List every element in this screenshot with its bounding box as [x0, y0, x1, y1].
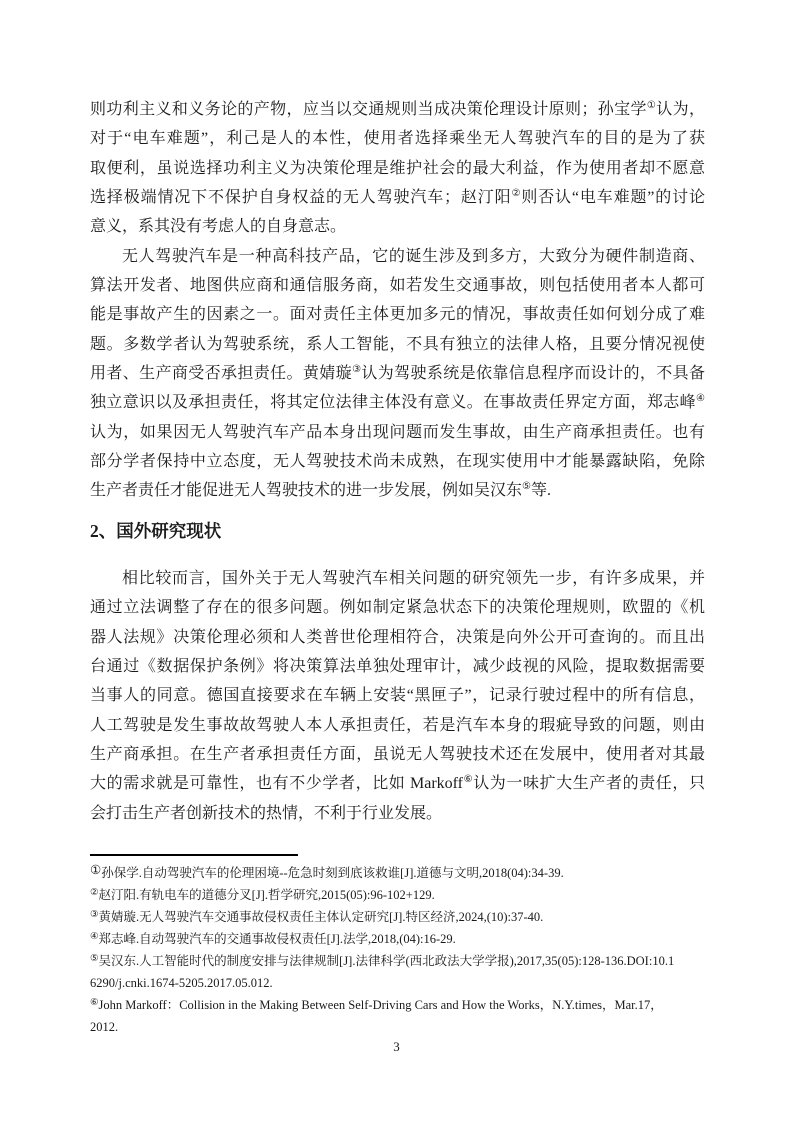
- footnote-ref: ④: [696, 393, 705, 404]
- footnotes-section: ①孙保学.自动驾驶汽车的伦理困境--危急时刻到底该救谁[J].道德与文明,201…: [90, 862, 705, 1038]
- text-line: 算法开发者、地图供应商和通信服务商，如若发生交通事故，则包括使用者本人都可: [90, 271, 705, 300]
- footnote-line: ⑤吴汉东.人工智能时代的制度安排与法律规制[J].法律科学(西北政法大学学报),…: [90, 950, 705, 972]
- footnote-ref: ⑥: [463, 774, 473, 785]
- page-number: 3: [0, 1036, 793, 1058]
- footnote-line: ③黄婧璇.无人驾驶汽车交通事故侵权责任主体认定研究[J].特区经济,2024,(…: [90, 906, 705, 928]
- text-line: 台通过《数据保护条例》将决策算法单独处理审计，减少歧视的风险，提取数据需要: [90, 652, 705, 681]
- footnote-ref: ②: [512, 188, 522, 199]
- text-line: 认为，如果因无人驾驶汽车产品本身出现问题而发生事故，由生产商承担责任。也有: [90, 418, 705, 447]
- footnote-marker: ⑤: [90, 954, 99, 964]
- text-line: 对于“电车难题”，利己是人的本性，使用者选择乘坐无人驾驶汽车的目的是为了获: [90, 124, 705, 153]
- text-line: 当事人的同意。德国直接要求在车辆上安装“黑匣子”，记录行驶过程中的所有信息，: [90, 681, 705, 710]
- footnote-separator: [90, 854, 298, 856]
- footnote: ⑤吴汉东.人工智能时代的制度安排与法律规制[J].法律科学(西北政法大学学报),…: [90, 950, 705, 994]
- footnote-marker: ①: [90, 863, 101, 877]
- document-page: 则功利主义和义务论的产物，应当以交通规则当成决策伦理设计原则；孙宝学①认为，对于…: [0, 0, 793, 1122]
- text-line: 题。多数学者认为驾驶系统，系人工智能，不具有独立的法律人格，且要分情况视使: [90, 330, 705, 359]
- footnote-marker: ④: [90, 932, 99, 942]
- text-line: 大的需求就是可靠性，也有不少学者，比如 Markoff⑥认为一味扩大生产者的责任…: [90, 769, 705, 798]
- footnote-marker: ②: [90, 888, 99, 898]
- footnote-line: 2012.: [90, 1016, 705, 1038]
- text-line: 取便利，虽说选择功利主义为决策伦理是维护社会的最大利益，作为使用者却不愿意: [90, 154, 705, 183]
- text-line: 选择极端情况下不保护自身权益的无人驾驶汽车；赵汀阳②则否认“电车难题”的讨论: [90, 183, 705, 212]
- text-line: 则功利主义和义务论的产物，应当以交通规则当成决策伦理设计原则；孙宝学①认为，: [90, 95, 705, 124]
- text-line: 无人驾驶汽车是一种高科技产品，它的诞生涉及到多方，大致分为硬件制造商、: [90, 242, 705, 271]
- text-line: 生产商承担。在生产者承担责任方面，虽说无人驾驶技术还在发展中，使用者对其最: [90, 740, 705, 769]
- footnote-line: ②赵汀阳.有轨电车的道德分叉[J].哲学研究,2015(05):96-102+1…: [90, 884, 705, 906]
- text-line: 生产者责任才能促进无人驾驶技术的进一步发展，例如吴汉东⑤等.: [90, 476, 705, 505]
- paragraph: 相比较而言，国外关于无人驾驶汽车相关问题的研究领先一步，有许多成果，并通过立法调…: [90, 564, 705, 828]
- footnote-ref: ①: [647, 100, 656, 111]
- paragraph: 则功利主义和义务论的产物，应当以交通规则当成决策伦理设计原则；孙宝学①认为，对于…: [90, 95, 705, 242]
- text-line: 意义，系其没有考虑人的自身意志。: [90, 212, 705, 241]
- footnote-line: ①孙保学.自动驾驶汽车的伦理困境--危急时刻到底该救谁[J].道德与文明,201…: [90, 862, 705, 884]
- footnote: ③黄婧璇.无人驾驶汽车交通事故侵权责任主体认定研究[J].特区经济,2024,(…: [90, 906, 705, 928]
- section-heading: 2、国外研究现状: [90, 516, 705, 546]
- text-line: 会打击生产者创新技术的热情，不利于行业发展。: [90, 799, 705, 828]
- footnote-line: ④郑志峰.自动驾驶汽车的交通事故侵权责任[J].法学,2018,(04):16-…: [90, 928, 705, 950]
- text-line: 部分学者保持中立态度，无人驾驶技术尚未成熟，在现实使用中才能暴露缺陷，免除: [90, 447, 705, 476]
- text-line: 独立意识以及承担责任，将其定位法律主体没有意义。在事故责任界定方面，郑志峰④: [90, 388, 705, 417]
- footnote-line: ⑥John Markoff：Collision in the Making Be…: [90, 994, 705, 1016]
- text-line: 器人法规》决策伦理必须和人类普世伦理相符合，决策是向外公开可查询的。而且出: [90, 623, 705, 652]
- footnote: ⑥John Markoff：Collision in the Making Be…: [90, 994, 705, 1038]
- footnote-ref: ⑤: [522, 481, 531, 492]
- text-line: 能是事故产生的因素之一。面对责任主体更加多元的情况，事故责任如何划分成了难: [90, 300, 705, 329]
- footnote-line: 6290/j.cnki.1674-5205.2017.05.012.: [90, 972, 705, 994]
- footnote: ④郑志峰.自动驾驶汽车的交通事故侵权责任[J].法学,2018,(04):16-…: [90, 928, 705, 950]
- footnote-ref: ③: [352, 364, 361, 375]
- paragraph: 无人驾驶汽车是一种高科技产品，它的诞生涉及到多方，大致分为硬件制造商、算法开发者…: [90, 242, 705, 506]
- text-line: 用者、生产商受否承担责任。黄婧璇③认为驾驶系统是依靠信息程序而设计的，不具备: [90, 359, 705, 388]
- page-content: 则功利主义和义务论的产物，应当以交通规则当成决策伦理设计原则；孙宝学①认为，对于…: [90, 95, 705, 1038]
- text-line: 通过立法调整了存在的很多问题。例如制定紧急状态下的决策伦理规则，欧盟的《机: [90, 593, 705, 622]
- footnote: ①孙保学.自动驾驶汽车的伦理困境--危急时刻到底该救谁[J].道德与文明,201…: [90, 862, 705, 884]
- footnote-marker: ⑥: [90, 998, 99, 1008]
- footnote-marker: ③: [90, 910, 99, 920]
- text-line: 相比较而言，国外关于无人驾驶汽车相关问题的研究领先一步，有许多成果，并: [90, 564, 705, 593]
- body-content: 则功利主义和义务论的产物，应当以交通规则当成决策伦理设计原则；孙宝学①认为，对于…: [90, 95, 705, 828]
- footnote: ②赵汀阳.有轨电车的道德分叉[J].哲学研究,2015(05):96-102+1…: [90, 884, 705, 906]
- text-line: 人工驾驶是发生事故故驾驶人本人承担责任，若是汽车本身的瑕疵导致的问题，则由: [90, 711, 705, 740]
